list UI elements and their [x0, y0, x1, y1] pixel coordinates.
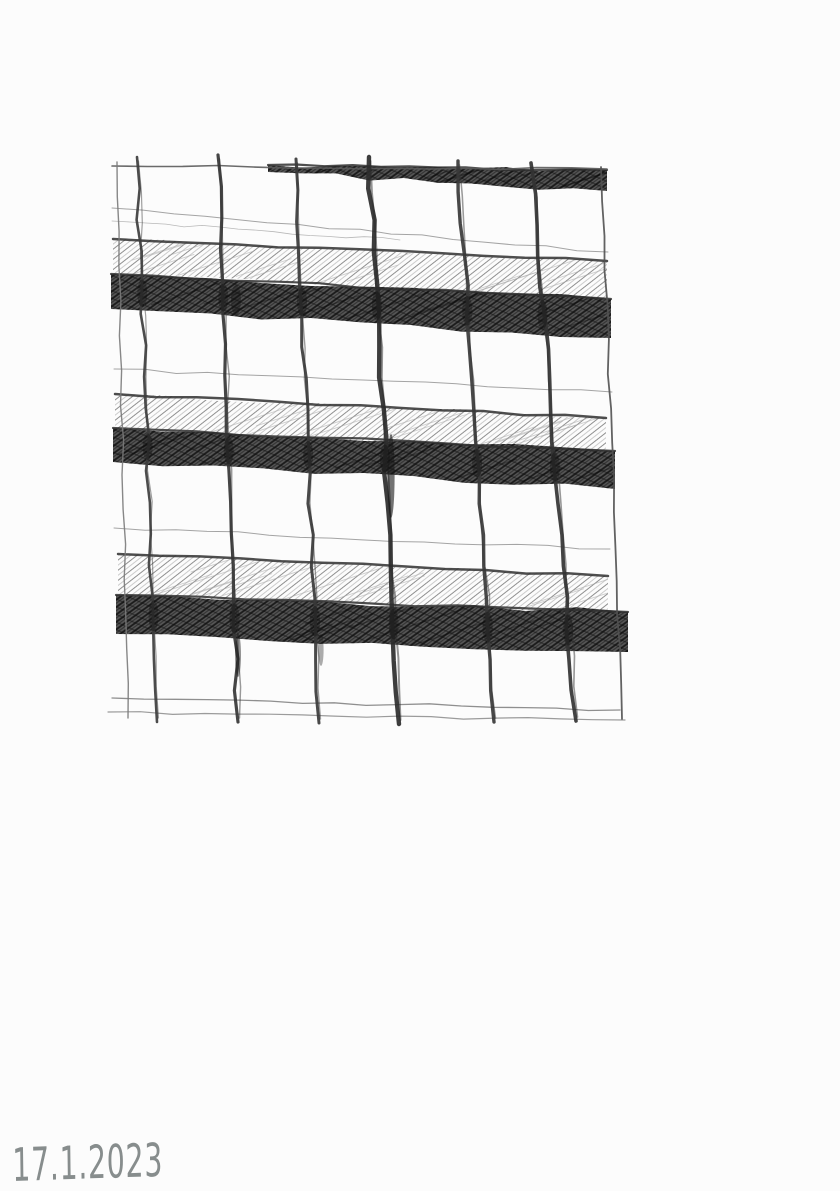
intersection-smudge [297, 288, 307, 316]
intersection-smudge [389, 609, 399, 640]
intersection-smudge [472, 449, 482, 478]
intersection-smudge [538, 300, 548, 330]
intersection-smudge [303, 441, 313, 469]
pencil-pressure-blob [318, 634, 323, 666]
intersection-smudge [310, 606, 320, 637]
intersection-smudge [462, 296, 472, 326]
handwritten-date: 17.1.2023 [12, 1137, 163, 1188]
pencil-guide-line [108, 712, 625, 720]
intersection-smudge [563, 614, 573, 645]
pencil-pressure-blob [387, 434, 394, 518]
intersection-smudge [230, 603, 240, 634]
pencil-guide-line [114, 369, 612, 392]
pencil-pressure-blob [235, 633, 241, 677]
intersection-smudge [137, 279, 147, 306]
intersection-smudge [218, 284, 228, 312]
intersection-smudge [483, 612, 493, 643]
pencil-pressure-blob [231, 285, 241, 315]
pencil-guide-line [112, 698, 620, 711]
intersection-smudge [143, 433, 153, 460]
pencil-guide-line [112, 221, 400, 240]
pencil-guide-line [114, 528, 610, 549]
intersection-smudge [372, 291, 382, 320]
intersection-smudge [224, 437, 234, 464]
sketchbook-page: 17.1.2023 [0, 0, 840, 1191]
intersection-smudge [550, 452, 560, 481]
intersection-smudge [149, 601, 159, 631]
grid-sketch-drawing [0, 0, 840, 1191]
